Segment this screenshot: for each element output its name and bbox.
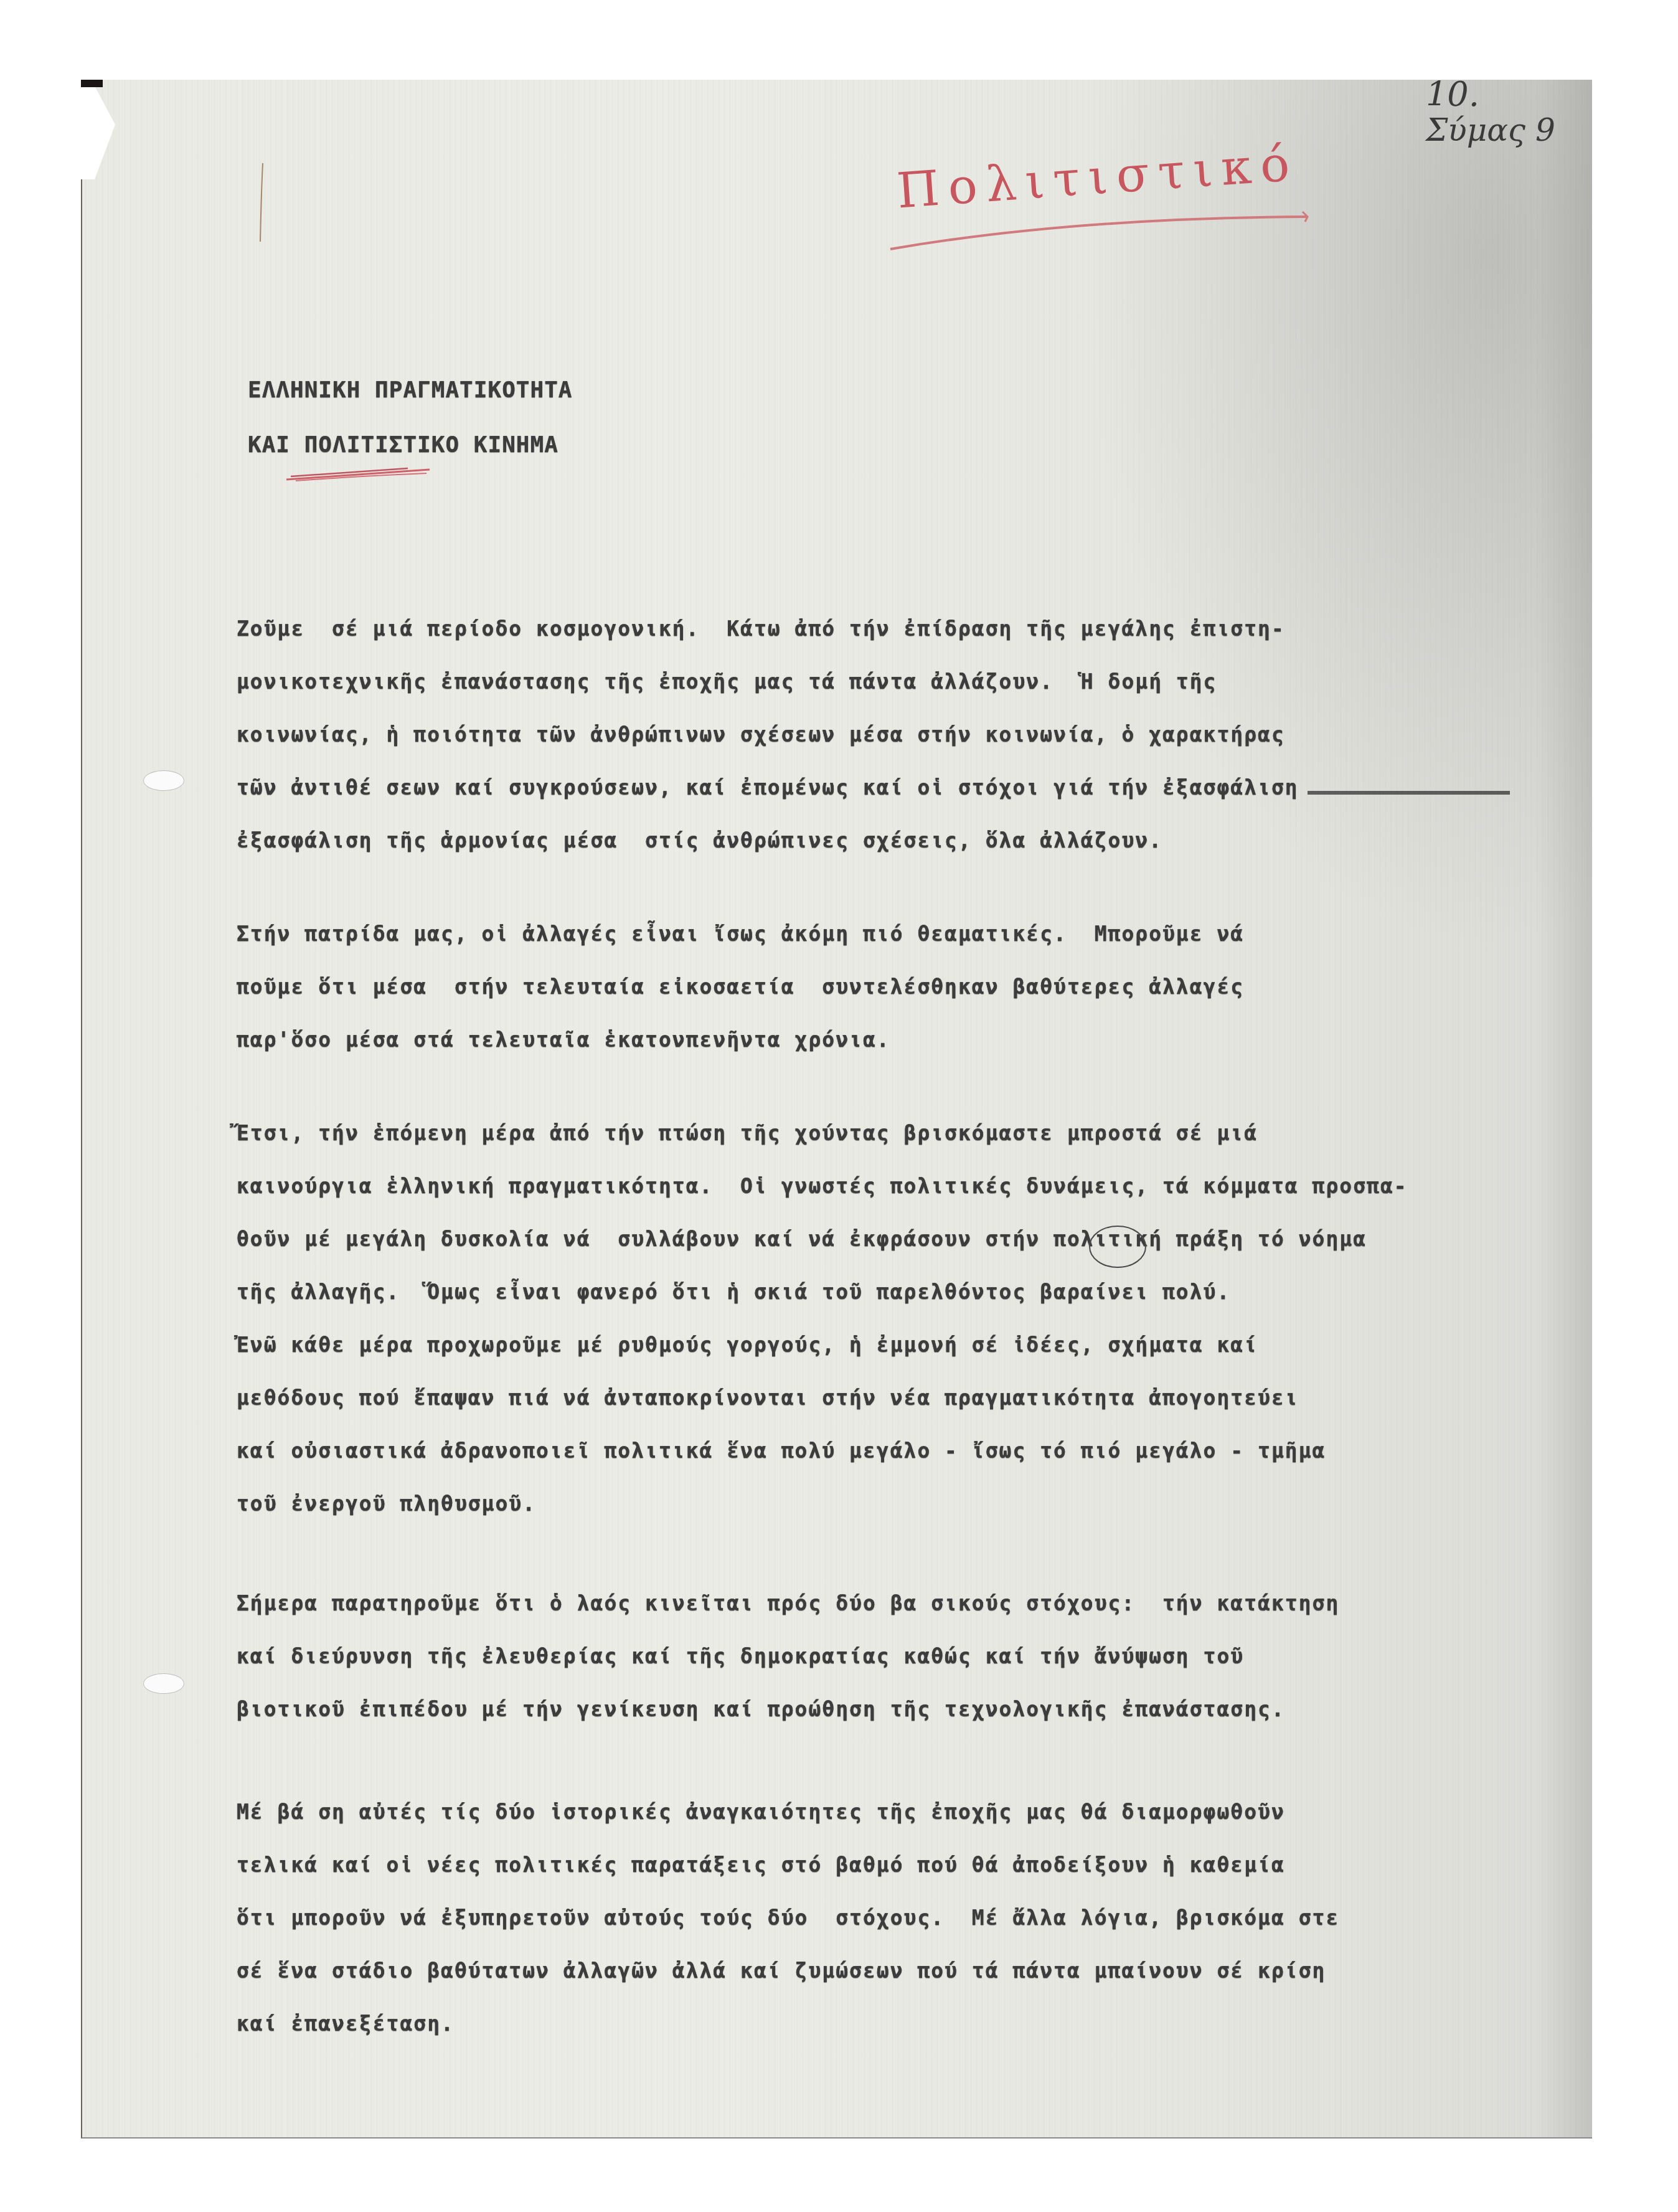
- text-line: τελικά καί οἱ νέες πολιτικές παρατάξεις …: [237, 1853, 1285, 1877]
- red-underline-heading: [884, 206, 1320, 255]
- text-line: σέ ἕνα στάδιο βαθύτατων ἀλλαγῶν ἀλλά καί…: [237, 1959, 1326, 1983]
- text-line: Ζοῦμε σέ μιά περίοδο κοσμογονική. Κάτω ἀ…: [237, 617, 1285, 641]
- document-title-line-2: ΚΑΙ ΠΟΛΙΤΙΣΤΙΚΟ ΚΙΝΗΜΑ: [248, 432, 559, 458]
- handwritten-signature: Σύμας 9: [1426, 112, 1555, 148]
- punch-hole-bottom: [143, 1673, 184, 1694]
- text-line: ἐξασφάλιση τῆς ἁρμονίας μέσα στίς ἀνθρώπ…: [237, 828, 1162, 853]
- circled-word-annotation: [1086, 1224, 1149, 1270]
- text-line: καί ἐπανεξέταση.: [237, 2011, 455, 2036]
- text-line: κοινωνίας, ἡ ποιότητα τῶν ἀνθρώπινων σχέ…: [237, 722, 1285, 747]
- handwritten-page-number: 10.: [1426, 75, 1479, 114]
- text-line: ὅτι μποροῦν νά ἐξυπηρετοῦν αὐτούς τούς δ…: [237, 1906, 1339, 1930]
- text-line: Σήμερα παρατηροῦμε ὅτι ὁ λαός κινεῖται π…: [237, 1591, 1339, 1615]
- text-line: Ἐνῶ κάθε μέρα προχωροῦμε μέ ρυθμούς γοργ…: [237, 1333, 1258, 1357]
- text-line: βιοτικοῦ ἐπιπέδου μέ τήν γενίκευση καί π…: [237, 1697, 1285, 1721]
- scan-edge-mark: [81, 80, 103, 87]
- text-line: τῆς ἀλλαγῆς. Ὅμως εἶναι φανερό ὅτι ἡ σκι…: [237, 1280, 1230, 1304]
- text-line: μεθόδους πού ἔπαψαν πιά νά ἀνταποκρίνοντ…: [237, 1386, 1299, 1410]
- text-line: Μέ βά ση αὐτές τίς δύο ἱστορικές ἀναγκαι…: [237, 1800, 1285, 1824]
- strikethrough-mark: [1308, 791, 1510, 795]
- text-line: ποῦμε ὅτι μέσα στήν τελευταία εἰκοσαετία…: [237, 975, 1244, 999]
- text-line: παρ'ὅσο μέσα στά τελευταῖα ἑκατονπενῆντα…: [237, 1028, 890, 1052]
- text-line: μονικοτεχνικῆς ἐπανάστασης τῆς ἐποχῆς μα…: [237, 669, 1217, 694]
- scan-edge-shadow: [1536, 80, 1592, 2137]
- document-title-line-1: ΕΛΛΗΝΙΚΗ ΠΡΑΓΜΑΤΙΚΟΤΗΤΑ: [248, 377, 573, 403]
- text-line: καί διεύρυνση τῆς ἐλευθερίας καί τῆς δημ…: [237, 1644, 1244, 1668]
- punch-hole-top: [143, 770, 184, 791]
- pencil-mark: [255, 162, 268, 243]
- text-line: Στήν πατρίδα μας, οἱ ἀλλαγές εἶναι ἴσως …: [237, 922, 1244, 946]
- text-line: καί οὐσιαστικά ἀδρανοποιεῖ πολιτικά ἕνα …: [237, 1439, 1326, 1463]
- text-line: καινούργια ἑλληνική πραγματικότητα. Οἱ γ…: [237, 1174, 1408, 1198]
- text-line: θοῦν μέ μεγάλη δυσκολία νά συλλάβουν καί…: [237, 1227, 1367, 1251]
- text-line: τῶν ἀντιθέ σεων καί συγκρούσεων, καί ἐπο…: [237, 775, 1299, 800]
- red-underline-title: [283, 461, 433, 486]
- text-line: Ἔτσι, τήν ἑπόμενη μέρα ἀπό τήν πτώση τῆς…: [237, 1121, 1258, 1145]
- text-line: τοῦ ἐνεργοῦ πληθυσμοῦ.: [237, 1491, 536, 1516]
